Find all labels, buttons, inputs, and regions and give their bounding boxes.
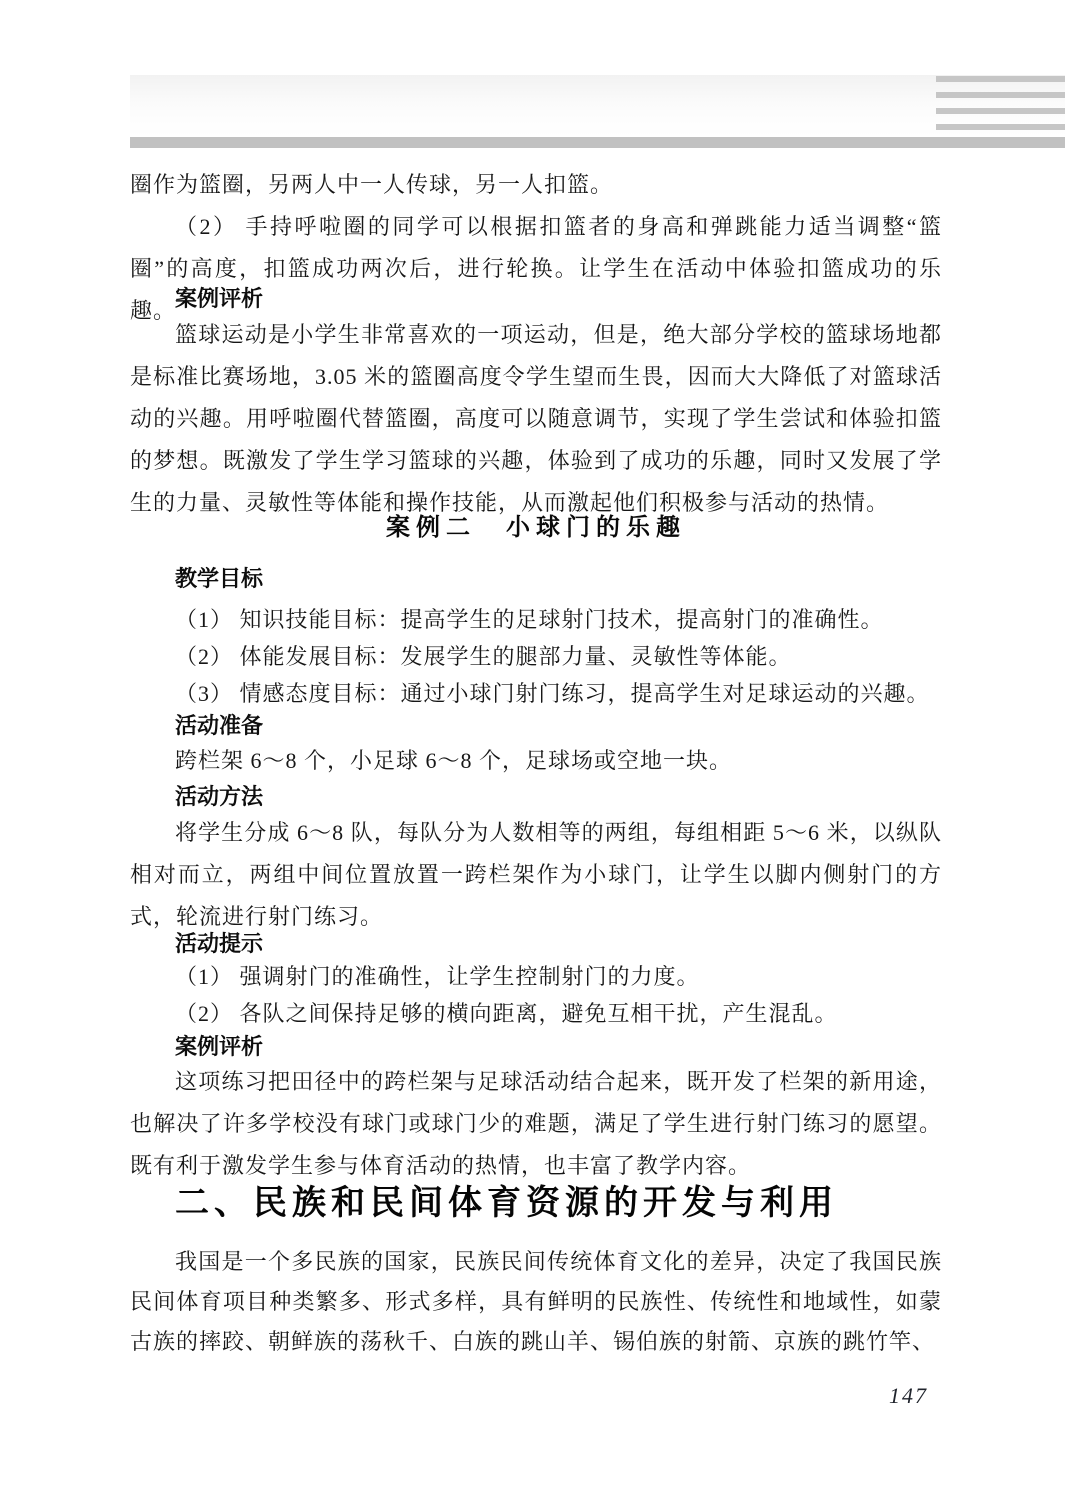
case1-review-heading: 案例评析 (130, 283, 942, 315)
goal-item: （1） 知识技能目标：提高学生的足球射门技术，提高射门的准确性。 (130, 601, 942, 638)
goal-item: （2） 体能发展目标：发展学生的腿部力量、灵敏性等体能。 (130, 638, 942, 675)
section2-intro-paragraph: 我国是一个多民族的国家，民族民间传统体育文化的差异，决定了我国民族民间体育项目种… (130, 1242, 942, 1362)
case2-title: 案例二 小球门的乐趣 (130, 510, 942, 546)
header-stripe (936, 76, 1065, 82)
tip-item: （2） 各队之间保持足够的横向距离，避免互相干扰，产生混乱。 (130, 995, 942, 1032)
case2-goals-list: （1） 知识技能目标：提高学生的足球射门技术，提高射门的准确性。 （2） 体能发… (130, 601, 942, 712)
case2-method-heading: 活动方法 (130, 781, 942, 813)
paragraph-continuation: 圈作为篮圈，另两人中一人传球，另一人扣篮。 (130, 164, 942, 206)
case2-tips-heading: 活动提示 (130, 928, 942, 960)
textbook-page: 圈作为篮圈，另两人中一人传球，另一人扣篮。 （2） 手持呼啦圈的同学可以根据扣篮… (0, 0, 1065, 1507)
case2-prep-paragraph: 跨栏架 6～8 个，小足球 6～8 个，足球场或空地一块。 (130, 740, 942, 782)
case2-review-heading: 案例评析 (130, 1031, 942, 1063)
tip-item: （1） 强调射门的准确性，让学生控制射门的力度。 (130, 958, 942, 995)
case2-method-paragraph: 将学生分成 6～8 队，每队分为人数相等的两组，每组相距 5～6 米，以纵队相对… (130, 812, 942, 938)
case2-goals-heading: 教学目标 (130, 563, 942, 595)
goal-item: （3） 情感态度目标：通过小球门射门练习，提高学生对足球运动的兴趣。 (130, 675, 942, 712)
case1-review-paragraph: 篮球运动是小学生非常喜欢的一项运动，但是，绝大部分学校的篮球场地都是标准比赛场地… (130, 314, 942, 524)
header-band (130, 75, 1065, 137)
case2-review-paragraph: 这项练习把田径中的跨栏架与足球活动结合起来，既开发了栏架的新用途，也解决了许多学… (130, 1061, 942, 1187)
header-bar (130, 137, 1065, 148)
header-stripe (936, 124, 1065, 130)
header-stripe (936, 92, 1065, 98)
section2-heading: 二、民族和民间体育资源的开发与利用 (130, 1180, 1030, 1228)
case2-tips-list: （1） 强调射门的准确性，让学生控制射门的力度。 （2） 各队之间保持足够的横向… (130, 958, 942, 1032)
case2-prep-heading: 活动准备 (130, 710, 942, 742)
page-number: 147 (130, 1383, 942, 1409)
header-stripe (936, 108, 1065, 114)
